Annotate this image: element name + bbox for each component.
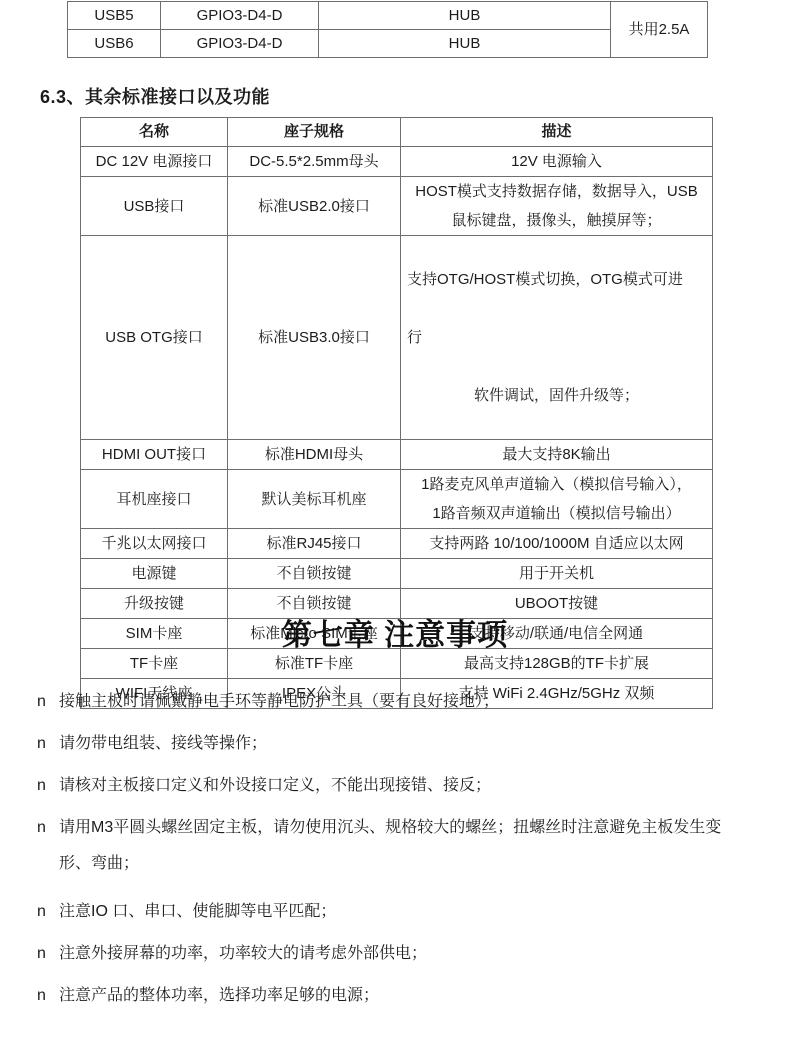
cell-name: USB接口 (81, 177, 228, 236)
note-item: n 请勿带电组装、接线等操作； (37, 726, 753, 762)
note-item: n 注意IO 口、串口、使能脚等电平匹配； (37, 894, 753, 930)
cell-desc: 用于开关机 (401, 559, 713, 589)
table-row: USB接口 标准USB2.0接口 HOST模式支持数据存储，数据导入，USB 鼠… (81, 177, 713, 236)
desc-line: 软件调试，固件升级等； (407, 381, 706, 410)
cell-spec: DC-5.5*2.5mm母头 (228, 147, 401, 177)
table-row: 耳机座接口 默认美标耳机座 1路麦克风单声道输入（模拟信号输入）， 1路音频双声… (81, 470, 713, 529)
usb-desc-cell: HUB (319, 2, 611, 30)
cell-name: 耳机座接口 (81, 470, 228, 529)
note-text: 注意外接屏幕的功率，功率较大的请考虑外部供电； (59, 936, 427, 972)
header-spec: 座子规格 (228, 118, 401, 147)
table-row: USB5 GPIO3-D4-D HUB 共用2.5A (68, 2, 708, 30)
note-text: 注意产品的整体功率，选择功率足够的电源； (59, 978, 379, 1014)
cell-desc: 最大支持8K输出 (401, 440, 713, 470)
cell-name: 千兆以太网接口 (81, 529, 228, 559)
notes-list: n 接触主板时请佩戴静电手环等静电防护工具（要有良好接地）； n 请勿带电组装、… (37, 684, 753, 1020)
note-text: 请用M3平圆头螺丝固定主板，请勿使用沉头、规格较大的螺丝；扭螺丝时注意避免主板发… (59, 810, 735, 882)
cell-spec: 标准USB3.0接口 (228, 236, 401, 440)
cell-desc: 支持两路 10/100/1000M 自适应以太网 (401, 529, 713, 559)
cell-name: USB OTG接口 (81, 236, 228, 440)
cell-desc: HOST模式支持数据存储，数据导入，USB 鼠标键盘，摄像头，触摸屏等； (401, 177, 713, 236)
bullet-marker: n (37, 894, 59, 930)
note-item: n 请用M3平圆头螺丝固定主板，请勿使用沉头、规格较大的螺丝；扭螺丝时注意避免主… (37, 810, 753, 882)
shared-current-cell: 共用2.5A (611, 2, 708, 58)
cell-spec: 标准HDMI母头 (228, 440, 401, 470)
cell-name: DC 12V 电源接口 (81, 147, 228, 177)
note-text: 请核对主板接口定义和外设接口定义，不能出现接错、接反； (59, 768, 491, 804)
cell-spec: 不自锁按键 (228, 559, 401, 589)
table-row: 电源键 不自锁按键 用于开关机 (81, 559, 713, 589)
note-item: n 注意外接屏幕的功率，功率较大的请考虑外部供电； (37, 936, 753, 972)
bullet-marker: n (37, 768, 59, 804)
cell-desc: 12V 电源输入 (401, 147, 713, 177)
cell-spec: 标准USB2.0接口 (228, 177, 401, 236)
note-item: n 注意产品的整体功率，选择功率足够的电源； (37, 978, 753, 1014)
header-name: 名称 (81, 118, 228, 147)
note-item: n 请核对主板接口定义和外设接口定义，不能出现接错、接反； (37, 768, 753, 804)
table-row: USB OTG接口 标准USB3.0接口 支持OTG/HOST模式切换，OTG模… (81, 236, 713, 440)
bullet-marker: n (37, 810, 59, 846)
usb-port-cell: USB5 (68, 2, 161, 30)
bullet-marker: n (37, 978, 59, 1014)
table-row: 千兆以太网接口 标准RJ45接口 支持两路 10/100/1000M 自适应以太… (81, 529, 713, 559)
cell-desc: 支持OTG/HOST模式切换，OTG模式可进 行 软件调试，固件升级等； (401, 236, 713, 440)
gpio-cell: GPIO3-D4-D (161, 30, 319, 58)
cell-name: HDMI OUT接口 (81, 440, 228, 470)
note-text: 注意IO 口、串口、使能脚等电平匹配； (59, 894, 336, 930)
gpio-cell: GPIO3-D4-D (161, 2, 319, 30)
cell-name: 电源键 (81, 559, 228, 589)
table-row: HDMI OUT接口 标准HDMI母头 最大支持8K输出 (81, 440, 713, 470)
bullet-marker: n (37, 684, 59, 720)
manual-page: { "page": { "background": "#ffffff", "te… (0, 0, 790, 1049)
note-text: 接触主板时请佩戴静电手环等静电防护工具（要有良好接地）； (59, 684, 499, 720)
usb-table-continued: USB5 GPIO3-D4-D HUB 共用2.5A USB6 GPIO3-D4… (67, 1, 708, 58)
desc-line: 行 (407, 323, 706, 352)
section-heading: 6.3、其余标准接口以及功能 (40, 83, 270, 109)
usb-desc-cell: HUB (319, 30, 611, 58)
chapter-title: 第七章 注意事项 (0, 610, 790, 654)
table-row: DC 12V 电源接口 DC-5.5*2.5mm母头 12V 电源输入 (81, 147, 713, 177)
bullet-marker: n (37, 726, 59, 762)
note-item: n 接触主板时请佩戴静电手环等静电防护工具（要有良好接地）； (37, 684, 753, 720)
cell-spec: 标准RJ45接口 (228, 529, 401, 559)
header-desc: 描述 (401, 118, 713, 147)
bullet-marker: n (37, 936, 59, 972)
table-header-row: 名称 座子规格 描述 (81, 118, 713, 147)
cell-desc: 1路麦克风单声道输入（模拟信号输入）， 1路音频双声道输出（模拟信号输出） (401, 470, 713, 529)
note-text: 请勿带电组装、接线等操作； (59, 726, 267, 762)
desc-line: 支持OTG/HOST模式切换，OTG模式可进 (407, 265, 706, 294)
usb-port-cell: USB6 (68, 30, 161, 58)
cell-spec: 默认美标耳机座 (228, 470, 401, 529)
